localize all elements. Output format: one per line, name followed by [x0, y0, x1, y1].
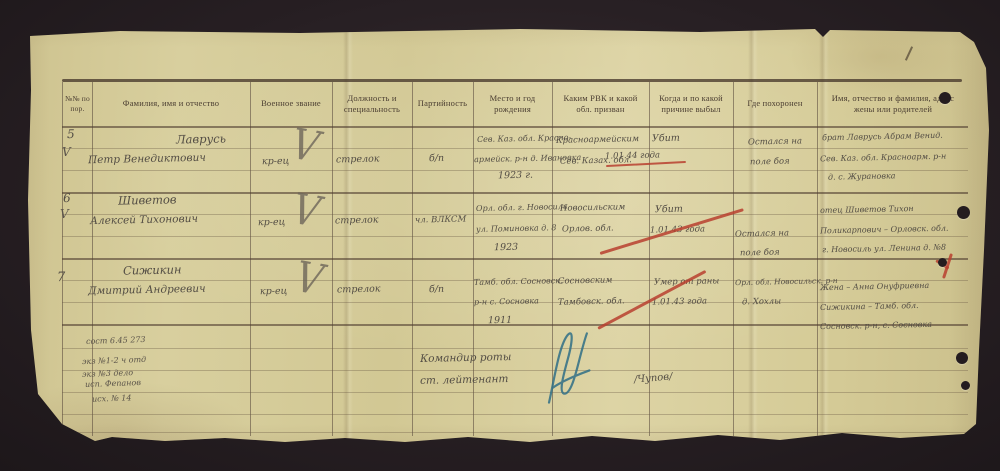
row-family-line3: д. с. Журановка — [828, 171, 896, 181]
footer-note: исх. № 14 — [92, 393, 132, 403]
row-party: б/п — [429, 153, 444, 164]
row-fate-line2: 1.01.43 года — [652, 296, 707, 307]
row-checkmark: V — [60, 207, 69, 221]
row-birth-line3: 1923 г. — [498, 170, 533, 182]
row-num: 5 — [67, 127, 75, 141]
row-name: Петр Венедиктович — [88, 152, 206, 166]
table-hline — [62, 126, 968, 128]
punch-hole — [939, 92, 951, 104]
table-hline — [62, 370, 968, 371]
col-header-family: Имя, отчество и фамилия, адрес жены или … — [821, 84, 965, 124]
row-num: 7 — [57, 270, 66, 285]
col-header-num: №№ по пор. — [64, 84, 91, 124]
table-hline — [62, 258, 968, 260]
table-hline — [62, 414, 968, 415]
punch-hole — [957, 206, 970, 219]
row-num: 6 — [63, 191, 71, 205]
row-rvk-line1: Сосновским — [558, 275, 613, 286]
document-paper: №№ по пор. Фамилия, имя и отчество Военн… — [0, 0, 1000, 471]
row-birth-line3: 1911 — [488, 315, 512, 327]
row-rvk-line2: Орлов. обл. — [562, 223, 614, 234]
row-birth-line2: р-н с. Сосновка — [474, 296, 539, 306]
row-surname: Сижикин — [123, 262, 182, 277]
footer-note: экз №3 дело — [82, 368, 133, 379]
row-party: б/п — [429, 284, 444, 295]
signature-title-line1: Командир роты — [420, 351, 512, 365]
row-buried-line2: д. Хохлы — [742, 297, 781, 308]
col-header-rvk: Каким РВК и какой обл. призван — [555, 84, 646, 124]
row-party: чл. ВЛКСМ — [415, 214, 466, 225]
row-rvk-line1: Красноармейским — [556, 134, 639, 146]
table-hline — [62, 392, 968, 393]
punch-hole — [961, 381, 970, 390]
col-header-buried: Где похоронен — [736, 84, 814, 124]
col-header-fate: Когда и по какой причине выбыл — [652, 84, 730, 124]
row-birth-line2: ул. Поминовка д. 8 — [476, 223, 557, 234]
col-header-party: Партийность — [415, 84, 470, 124]
screenshot-root: №№ по пор. Фамилия, имя и отчество Военн… — [0, 0, 1000, 471]
row-fate-line2: 1.01.44 года — [605, 150, 660, 161]
col-header-birth: Место и год рождения — [476, 84, 549, 124]
col-header-duty: Должность и специальность — [335, 84, 409, 124]
table-hline — [62, 192, 968, 194]
row-fate-line1: Убит — [655, 204, 683, 216]
punch-hole — [956, 352, 968, 364]
row-surname: Лаврусь — [176, 131, 226, 146]
table-hline — [62, 432, 968, 433]
row-surname: Шиветов — [118, 192, 177, 207]
row-rvk-line1: Новосильским — [560, 202, 625, 213]
col-header-name: Фамилия, имя и отчество — [96, 84, 246, 124]
row-birth-line1: Орл. обл. г. Новосиль — [476, 202, 567, 213]
col-header-rank: Военное звание — [253, 84, 329, 124]
table-hline — [62, 348, 968, 349]
row-name: Алексей Тихонович — [90, 213, 198, 227]
signature-title-line2: ст. лейтенант — [420, 373, 509, 387]
row-buried-line2: поле боя — [740, 248, 780, 259]
signature-ink — [526, 324, 609, 413]
row-fate-line1: Убит — [652, 133, 680, 145]
punch-hole — [938, 258, 947, 267]
row-birth-line1: Тамб. обл. Сосновск. — [474, 276, 563, 287]
row-buried-line1: Остался на — [748, 136, 802, 147]
row-position: стрелок — [337, 284, 381, 296]
table-hline — [62, 148, 968, 149]
row-buried-line1: Остался на — [735, 228, 789, 239]
row-rank: кр-ец — [258, 217, 285, 229]
table-top-rule — [62, 79, 962, 82]
row-rvk-line2: Тамбовск. обл. — [558, 296, 625, 307]
row-birth-line3: 1923 — [494, 242, 518, 254]
row-buried-line2: поле боя — [750, 157, 790, 168]
row-name: Дмитрий Андреевич — [88, 283, 206, 297]
row-checkmark: V — [62, 145, 71, 159]
row-position: стрелок — [335, 215, 379, 227]
row-position: стрелок — [336, 154, 380, 166]
table-hline — [62, 236, 968, 237]
row-rank: кр-ец — [262, 156, 289, 168]
row-rank: кр-ец — [260, 286, 287, 298]
